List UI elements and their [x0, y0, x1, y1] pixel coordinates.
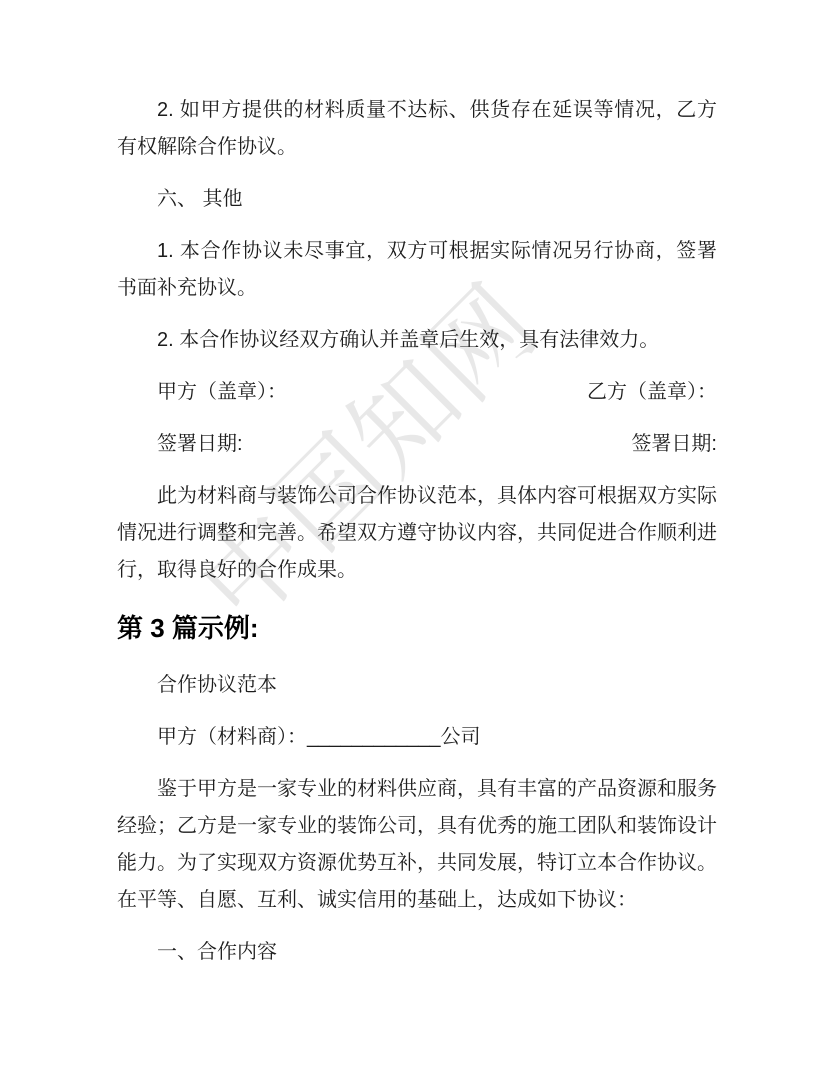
document-page: 中国知网 2. 如甲方提供的材料质量不达标、供货存在延误等情况，乙方有权解除合作… — [0, 0, 830, 1074]
party-a-seal-label: 甲方（盖章）： — [157, 374, 287, 411]
signature-row: 甲方（盖章）： 乙方（盖章）： — [117, 374, 717, 411]
heading-cooperation-content: 一、合作内容 — [117, 934, 717, 971]
paragraph-closing-note: 此为材料商与装饰公司合作协议范本，具体内容可根据双方实际情况进行调整和完善。希望… — [117, 478, 717, 589]
paragraph-party-a-blank: 甲方（材料商）：____________公司 — [117, 719, 717, 756]
paragraph-supplement-clause: 1. 本合作协议未尽事宜，双方可根据实际情况另行协商，签署书面补充协议。 — [117, 233, 717, 307]
sign-date-row: 签署日期: 签署日期: — [117, 426, 717, 463]
party-b-seal-label: 乙方（盖章）： — [587, 374, 717, 411]
paragraph-template-title: 合作协议范本 — [117, 667, 717, 704]
paragraph-effective-clause: 2. 本合作协议经双方确认并盖章后生效，具有法律效力。 — [117, 322, 717, 359]
party-b-sign-date-label: 签署日期: — [631, 426, 717, 463]
document-content: 2. 如甲方提供的材料质量不达标、供货存在延误等情况，乙方有权解除合作协议。 六… — [117, 92, 717, 986]
party-a-sign-date-label: 签署日期: — [157, 426, 243, 463]
heading-example-3: 第 3 篇示例: — [117, 604, 717, 652]
heading-section-other: 六、 其他 — [117, 181, 717, 218]
paragraph-quality-clause: 2. 如甲方提供的材料质量不达标、供货存在延误等情况，乙方有权解除合作协议。 — [117, 92, 717, 166]
paragraph-whereas: 鉴于甲方是一家专业的材料供应商，具有丰富的产品资源和服务经验；乙方是一家专业的装… — [117, 771, 717, 919]
